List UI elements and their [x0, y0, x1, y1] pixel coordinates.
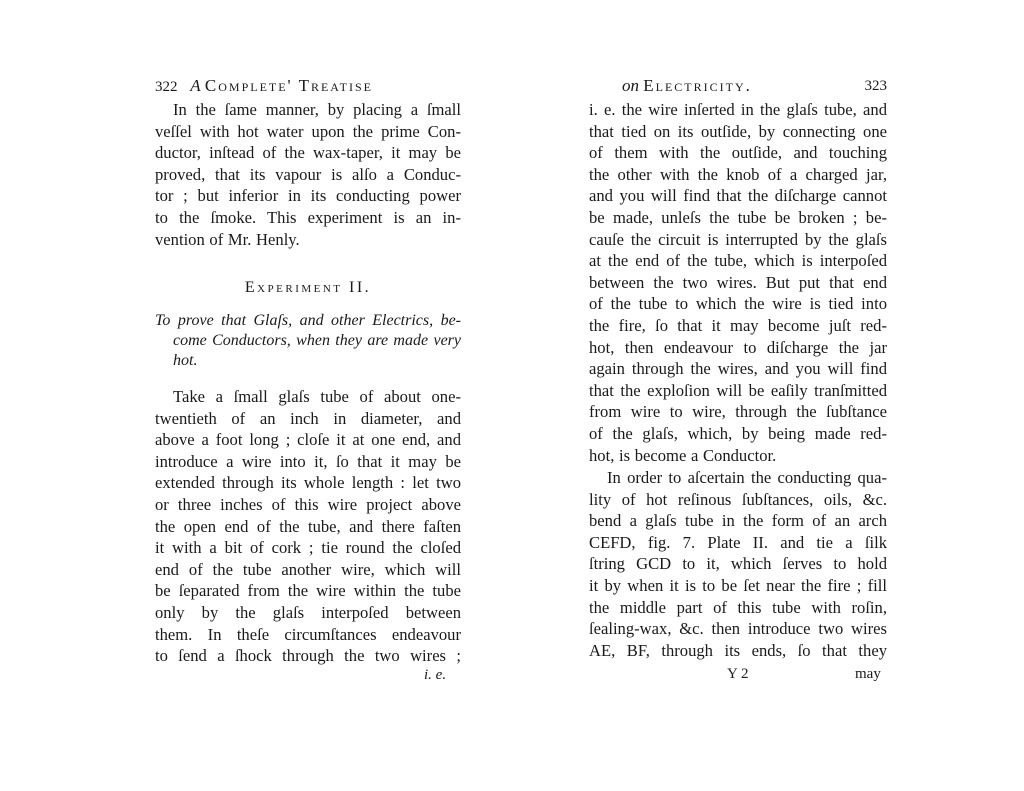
text-line: them. In theſe circumſtances endeavour: [155, 624, 461, 646]
subtitle-line: To prove that Glaſs, and other Electrics…: [155, 311, 461, 331]
right-page: on Electricity. 323 i. e. the wire inſer…: [512, 0, 1024, 791]
text-line: and you will find that the diſcharge can…: [589, 185, 887, 207]
text-line: of the glaſs, which, by being made red-: [589, 423, 887, 445]
text-line: AE, BF, through its ends, ſo that they: [589, 640, 887, 662]
signature-mark: Y 2: [727, 666, 749, 683]
text-line: introduce a wire into it, ſo that it may…: [155, 451, 461, 473]
text-line: at the end of the tube, which is interpo…: [589, 250, 887, 272]
paragraph-vapour: In the ſame manner, by placing a ſmall v…: [155, 99, 461, 250]
text-line: above a foot long ; cloſe it at one end,…: [155, 429, 461, 451]
text-line: of the tube to which the wire is tied in…: [589, 293, 887, 315]
paragraph-glass-tube: Take a ſmall glaſs tube of about one- tw…: [155, 386, 461, 667]
page-number: 322: [155, 79, 178, 95]
page-number: 323: [865, 74, 888, 98]
text-line: the open end of the tube, and there faſt…: [155, 516, 461, 538]
text-line: it with a bit of cork ; tie round the cl…: [155, 537, 461, 559]
text-line: veſſel with hot water upon the prime Con…: [155, 121, 461, 143]
experiment-subtitle: To prove that Glaſs, and other Electrics…: [155, 311, 461, 371]
catchword: may: [855, 666, 881, 683]
text-line: the other with the knob of a charged jar…: [589, 164, 887, 186]
left-page: 322 A Complete' Treatise In the ſame man…: [0, 0, 512, 791]
running-head-left: 322 A Complete' Treatise: [155, 74, 461, 98]
text-line: cauſe the circuit is interrupted by the …: [589, 229, 887, 251]
text-line: the fire, ſo that it may become juſt red…: [589, 315, 887, 337]
text-line: of them with the outſide, and touching: [589, 142, 887, 164]
text-line: proved, that its vapour is alſo a Conduc…: [155, 164, 461, 186]
text-line: only by the glaſs interpoſed between: [155, 602, 461, 624]
text-line: again through the wires, and you will fi…: [589, 358, 887, 380]
text-line: hot, is become a Conductor.: [589, 445, 887, 467]
running-head-right: on Electricity. 323: [622, 74, 887, 98]
text-line: ſtring GCD to it, which ſerves to hold: [589, 553, 887, 575]
text-line: twentieth of an inch in diameter, and: [155, 408, 461, 430]
experiment-heading: Experiment II.: [155, 279, 461, 297]
text-line: extended through its whole length : let …: [155, 472, 461, 494]
text-line: CEFD, fig. 7. Plate II. and tie a ſilk: [589, 532, 887, 554]
text-line: that the exploſion will be eaſily tranſm…: [589, 380, 887, 402]
text-line: it by when it is to be ſet near the fire…: [589, 575, 887, 597]
text-line: to the ſmoke. This experiment is an in-: [155, 207, 461, 229]
catchword: i. e.: [424, 667, 446, 684]
subtitle-line: come Conductors, when they are made very: [155, 331, 461, 351]
text-line: from wire to wire, through the ſubſtance: [589, 401, 887, 423]
text-line: Take a ſmall glaſs tube of about one-: [155, 386, 461, 408]
text-line: that tied on its outſide, by connecting …: [589, 121, 887, 143]
text-line: the middle part of this tube with roſin,: [589, 597, 887, 619]
text-line: tor ; but inferior in its conducting pow…: [155, 185, 461, 207]
text-line: In the ſame manner, by placing a ſmall: [155, 99, 461, 121]
paragraph-resinous: In order to aſcertain the conducting qua…: [589, 467, 887, 661]
text-line: i. e. the wire inſerted in the glaſs tub…: [589, 99, 887, 121]
text-line: ductor, inſtead of the wax-taper, it may…: [155, 142, 461, 164]
text-line: bend a glaſs tube in the form of an arch: [589, 510, 887, 532]
text-line: lity of hot reſinous ſubſtances, oils, &…: [589, 489, 887, 511]
text-line: be made, unleſs the tube be broken ; be-: [589, 207, 887, 229]
running-title-italic: on: [622, 76, 639, 95]
text-line: ſealing-wax, &c. then introduce two wire…: [589, 618, 887, 640]
subtitle-line: hot.: [155, 351, 461, 371]
text-line: end of the tube another wire, which will: [155, 559, 461, 581]
text-line: between the two wires. But put that end: [589, 272, 887, 294]
running-title-italic: A: [190, 76, 200, 95]
text-line: or three inches of this wire project abo…: [155, 494, 461, 516]
running-title: Complete' Treatise: [205, 76, 373, 95]
paragraph-red-hot: i. e. the wire inſerted in the glaſs tub…: [589, 99, 887, 466]
text-line: be ſeparated from the wire within the tu…: [155, 580, 461, 602]
text-line: to ſend a ſhock through the two wires ;: [155, 645, 461, 667]
text-line: hot, then endeavour to diſcharge the jar: [589, 337, 887, 359]
text-line: In order to aſcertain the conducting qua…: [589, 467, 887, 489]
text-line: vention of Mr. Henly.: [155, 229, 461, 251]
running-title: Electricity.: [643, 76, 752, 95]
